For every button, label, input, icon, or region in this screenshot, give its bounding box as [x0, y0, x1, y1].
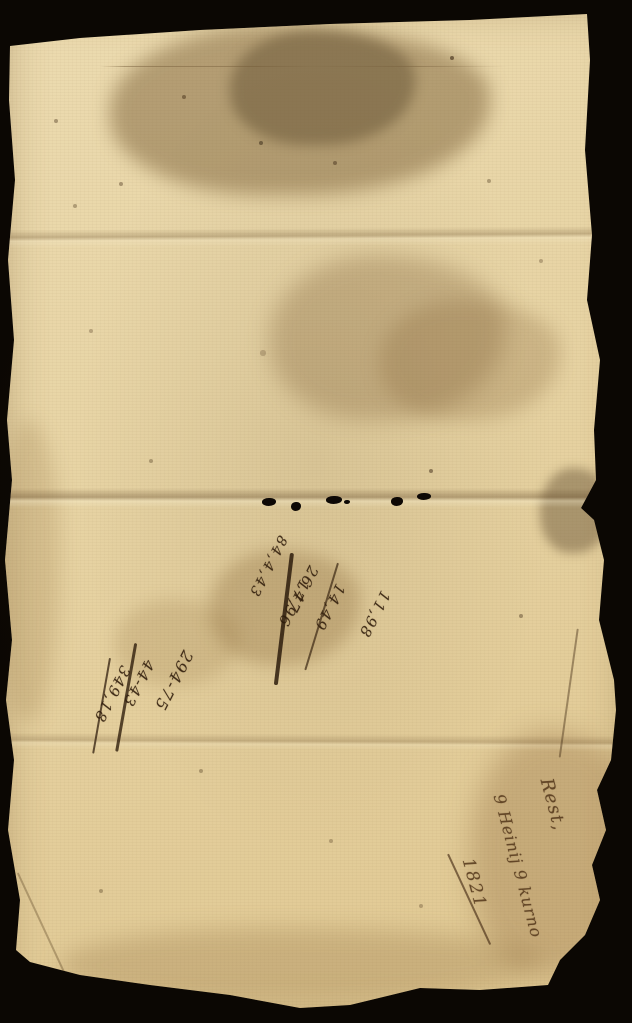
stain [230, 30, 415, 145]
torn-hole [262, 498, 276, 506]
calc-upper-line-4: 17,96 [274, 577, 313, 630]
torn-hole [344, 500, 350, 504]
faint-ruled-line [100, 66, 508, 67]
docket-line-1: Rest, [536, 776, 570, 834]
fold-crease-middle [0, 488, 632, 508]
stain [110, 25, 490, 195]
stain [0, 420, 60, 720]
stain [470, 730, 632, 975]
stain [380, 300, 560, 420]
calc-upper-total: 84,4,43 [245, 533, 290, 600]
calc-lower-line-1: 294-75 [150, 647, 197, 714]
docket-line-2: 9 Heinij 9 kurno [490, 792, 547, 940]
calc-upper-line-1: 11,98 [355, 588, 394, 641]
crease-bottom-left [17, 872, 75, 995]
stain [60, 928, 540, 1000]
paper-texture [0, 0, 632, 1023]
fold-crease-upper [0, 226, 632, 248]
torn-hole [391, 497, 403, 506]
stain [270, 255, 505, 420]
torn-hole [417, 493, 431, 500]
tear-crease-right [559, 629, 579, 758]
torn-hole [291, 502, 301, 511]
letter-paper: 11,98 14,49 26,47 17,96 84,4,43 294-75 4… [0, 0, 632, 1023]
stain [540, 468, 612, 553]
fox-spots [0, 0, 2, 2]
torn-hole [326, 496, 342, 504]
photo-background: 11,98 14,49 26,47 17,96 84,4,43 294-75 4… [0, 0, 632, 1023]
